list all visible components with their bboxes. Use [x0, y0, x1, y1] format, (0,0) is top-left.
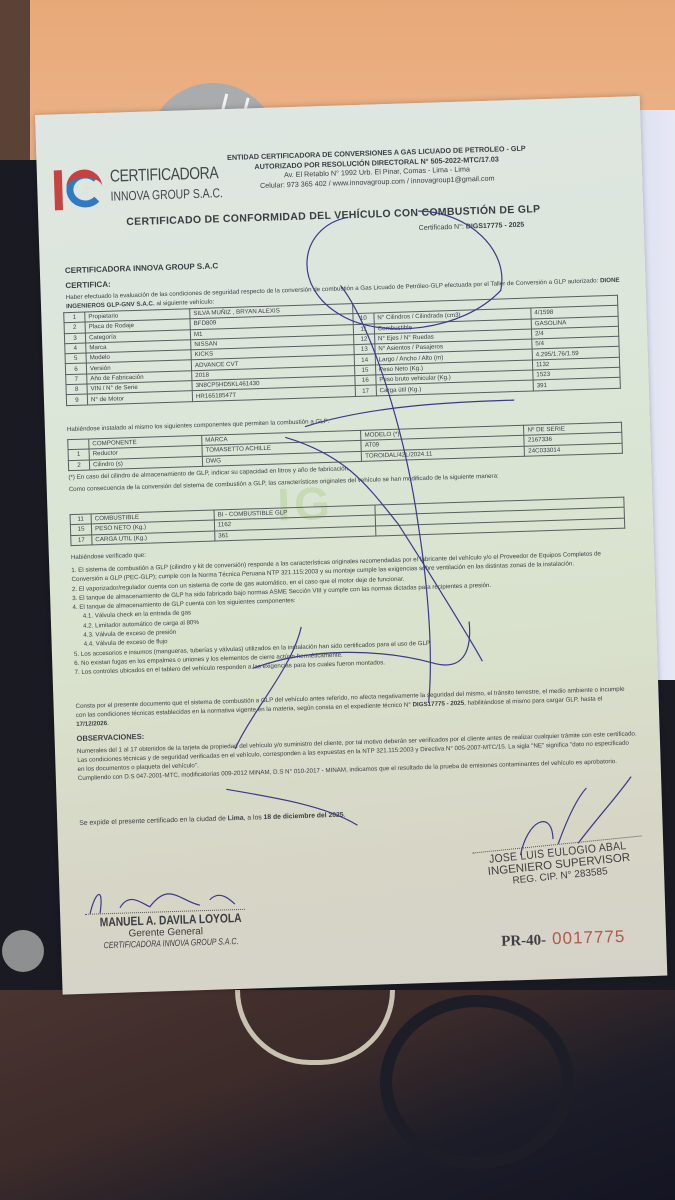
row-number: 11 — [70, 514, 91, 525]
row-number: 7 — [66, 374, 87, 385]
row-number: 17 — [355, 385, 376, 396]
certificate-number-label: Certificado N°: — [419, 224, 464, 232]
row-number: 17 — [71, 535, 92, 546]
background-cable-dark — [380, 995, 574, 1169]
company-logo: CERTIFICADORA INNOVA GROUP S.A.C. — [52, 162, 203, 217]
row-number: 9 — [66, 394, 87, 405]
consta-expediente: DIGS17775 - 2025 — [412, 700, 464, 709]
row-number: 15 — [70, 524, 91, 535]
row-number: 14 — [354, 354, 375, 365]
intro-text-end: al siguiente vehículo: — [156, 298, 214, 307]
observations-header: OBSERVACIONES: — [76, 732, 144, 743]
background-shadow — [0, 0, 30, 160]
logo-ig-icon — [52, 165, 108, 215]
certificate-number-value: DIGS17775 - 2025 — [466, 222, 525, 231]
table-cell: 2 — [68, 460, 89, 471]
serial-number: PR-40-0017775 — [501, 927, 626, 951]
consta-paragraph: Consta por el presente documento que el … — [75, 684, 636, 729]
logo-subtitle: INNOVA GROUP S.A.C. — [110, 185, 223, 204]
supervisor-signature-stamp: JOSE LUIS EULOGIO ABAL INGENIERO SUPERVI… — [472, 835, 645, 890]
row-number: 1 — [64, 312, 85, 323]
row-number: 12 — [353, 334, 374, 345]
issue-date: 18 de diciembre del 2025 — [263, 812, 343, 822]
row-number: 15 — [354, 365, 375, 376]
consta-valid-until: 17/12/2026 — [76, 720, 107, 728]
company-name: CERTIFICADORA INNOVA GROUP S.A.C — [65, 261, 219, 275]
logo-title: CERTIFICADORA — [110, 163, 219, 186]
row-number: 11 — [353, 324, 374, 335]
field-value: 391 — [533, 378, 620, 391]
vehicle-data-table: 1PropietarioSILVA MUÑIZ , BRYAN ALEXIS2P… — [63, 295, 621, 406]
row-number: 2 — [64, 322, 85, 333]
verified-items-list: 1. El sistema de combustión a GLP (cilin… — [71, 548, 634, 677]
issue-sep: , a los — [243, 814, 261, 822]
certifica-heading: CERTIFICA: — [65, 280, 111, 290]
table-cell: 1 — [68, 449, 89, 460]
row-number: 13 — [354, 344, 375, 355]
column-header — [68, 439, 89, 450]
verified-header: Habiéndose verificado que: — [71, 552, 146, 561]
background-hole-punch — [2, 930, 44, 972]
table-cell: 24C033014 — [525, 443, 623, 456]
entity-header: ENTIDAD CERTIFICADORA DE CONVERSIONES A … — [216, 143, 537, 191]
manager-signature-stamp: MANUEL A. DAVILA LOYOLA Gerente General … — [85, 909, 246, 951]
consta-text-2: , habilitándose al mismo para cargar GLP… — [464, 695, 602, 706]
issue-city: Lima — [228, 815, 244, 822]
certificate-number: Certificado N°: DIGS17775 - 2025 — [419, 222, 525, 232]
row-number: 3 — [64, 333, 85, 344]
serial-number-value: 0017775 — [552, 927, 626, 948]
issue-statement: Se expide el presente certificado en la … — [79, 812, 345, 827]
row-number: 16 — [355, 375, 376, 386]
field-label: N° de Motor — [87, 391, 192, 405]
installed-components-text: Habiéndose instalado al mismo los siguie… — [67, 418, 330, 433]
issue-text: Se expide el presente certificado en la … — [79, 815, 226, 827]
observations-text: Numerales del 1 al 17 obtenidos de la ta… — [77, 729, 638, 783]
row-number: 8 — [66, 384, 87, 395]
row-number: 6 — [65, 363, 86, 374]
row-number: 10 — [353, 313, 374, 324]
row-number: 5 — [65, 353, 86, 364]
certificate-document: IG CERTIFICADORA INNOVA GROUP S.A.C. ENT… — [35, 96, 667, 995]
table-cell: Cilindro (s) — [89, 456, 202, 470]
row-number: 4 — [65, 343, 86, 354]
serial-prefix: PR-40- — [501, 932, 546, 949]
